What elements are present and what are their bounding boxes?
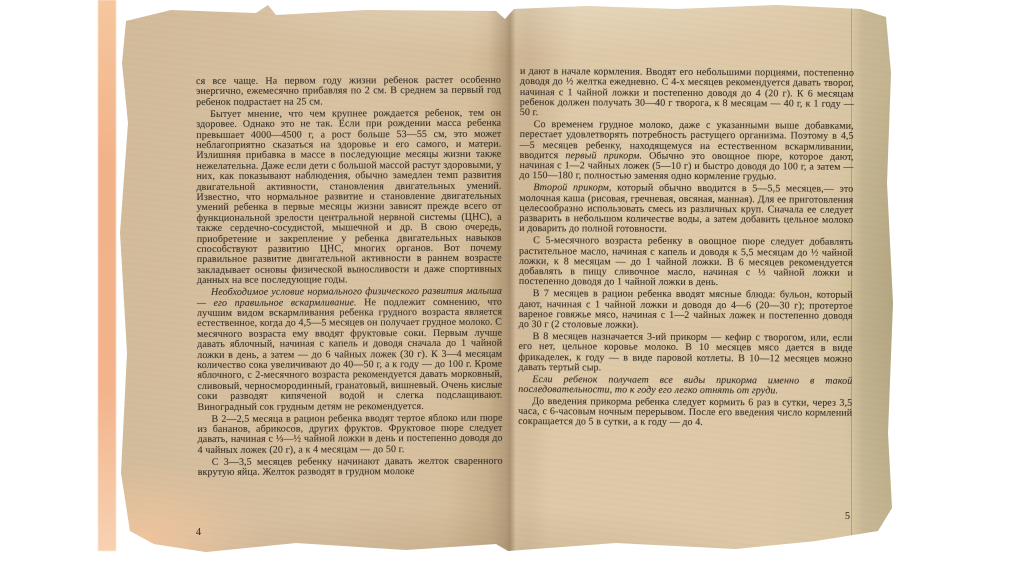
body-text: В 8 месяцев назначается 3-ий прикорм — к… xyxy=(518,331,852,373)
left-page-text-column: ся все чаще. На первом году жизни ребено… xyxy=(196,76,503,479)
emphasized-text: Если ребенок получает все виды прикорма … xyxy=(518,374,852,397)
paragraph: В 8 месяцев назначается 3-ий прикорм — к… xyxy=(518,332,852,375)
body-text: До введения прикорма ребенка следует кор… xyxy=(518,396,852,428)
paragraph: С 5-месячного возраста ребенку в овощное… xyxy=(519,236,853,289)
paragraph: Необходимое условие нормального физическ… xyxy=(197,287,503,413)
underlying-page-edge xyxy=(851,3,895,553)
paragraph: и дают в начале кормления. Вводят его не… xyxy=(520,67,854,120)
paragraph: Бытует мнение, что чем крупнее рождается… xyxy=(196,108,502,286)
body-text: С 3—3,5 месяцев ребенку начинают давать … xyxy=(198,455,503,478)
body-text: В 7 месяцев в рацион ребенка вводят мясн… xyxy=(519,288,853,330)
body-text: и дают в начале кормления. Вводят его не… xyxy=(520,66,854,118)
scanned-booklet-screenshot: ся все чаще. На первом году жизни ребено… xyxy=(0,0,1024,574)
page-number-left: 4 xyxy=(196,527,201,538)
paragraph: Со временем грудное молоко, даже с указа… xyxy=(519,120,853,184)
paragraph: В 7 месяцев в рацион ребенка вводят мясн… xyxy=(519,289,853,332)
right-page-text-column: и дают в начале кормления. Вводят его не… xyxy=(518,67,854,429)
paragraph: В 2—2,5 месяца в рацион ребенка вводят т… xyxy=(197,413,502,456)
paragraph: С 3—3,5 месяцев ребенку начинают давать … xyxy=(198,456,503,478)
paragraph: До введения прикорма ребенка следует кор… xyxy=(518,397,852,430)
body-text: Бытует мнение, что чем крупнее рождается… xyxy=(196,107,502,286)
paragraph: Если ребенок получает все виды прикорма … xyxy=(518,375,852,397)
body-text: С 5-месячного возраста ребенку в овощное… xyxy=(519,235,853,288)
body-text: ся все чаще. На первом году жизни ребено… xyxy=(196,75,501,108)
booklet-spread: ся все чаще. На первом году жизни ребено… xyxy=(116,3,895,553)
paragraph: Второй прикорм, который обычно вводится … xyxy=(519,183,853,236)
body-text: Не подлежит сомнению, что лучшим видом в… xyxy=(197,296,502,412)
background-surface-strip xyxy=(98,0,116,551)
body-text: В 2—2,5 месяца в рацион ребенка вводят т… xyxy=(198,412,503,456)
paragraph: ся все чаще. На первом году жизни ребено… xyxy=(196,76,501,109)
page-number-right: 5 xyxy=(845,511,850,522)
